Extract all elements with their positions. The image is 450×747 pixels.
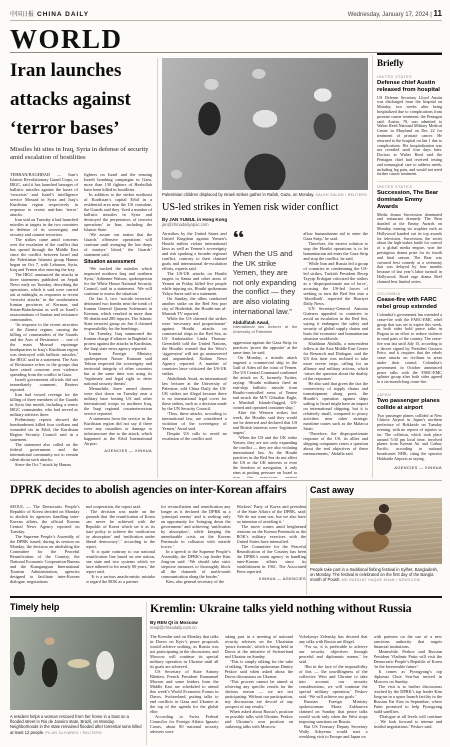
paragraph: The statement also called on the federal…	[10, 442, 78, 462]
photo-credit: SALEH SALEM / REUTERS	[316, 193, 367, 197]
kremlin-body-col2: taking part in a meeting of national sec…	[225, 634, 294, 744]
paragraph: Therefore, the easiest solution to stop …	[303, 241, 368, 261]
paragraph: The visit is to further discussions reac…	[374, 684, 443, 714]
paragraph: allow humanitarian aid to enter the Gaza…	[303, 231, 368, 241]
paragraph: Russian Foreign Ministry spokeswoman Mar…	[299, 699, 368, 724]
paragraph: ‘But in the face of the impossibility of…	[299, 664, 368, 699]
paragraph: The decision was made on the grounds tha…	[86, 509, 156, 549]
paragraph: On Jan 3, two ‘suicide terrorists’ deton…	[84, 296, 152, 331]
iran-article-headline: Iran launches attacks against ‘terror ba…	[10, 56, 156, 143]
paragraph: ‘It is quite contrary to our national re…	[86, 549, 156, 574]
paragraph: Airstrikes by the United States and Unit…	[162, 231, 227, 271]
iran-article-body: TEHRAN/BAGHDAD — Iran’s Islamic Revoluti…	[10, 172, 152, 478]
paragraph: TEHRAN/BAGHDAD — Iran’s Islamic Revoluti…	[10, 172, 78, 217]
paragraph: Kim, also general secretary of the	[161, 579, 231, 584]
inline-subhead: Situation assessment	[84, 259, 152, 265]
column-rule-right	[372, 55, 373, 478]
caption-text: Palestinian children displaced by Israel…	[162, 192, 316, 197]
column-rule-kremlin	[146, 602, 147, 745]
iran-article-standfirst: Missiles hit sites in Iraq, Syria in def…	[10, 146, 154, 162]
masthead-brand: 中国日报 CHINA DAILY	[10, 9, 89, 18]
paragraph: While Iran and Russia led a group of cou…	[303, 261, 368, 306]
paragraph: for reconciliation and reunification any…	[161, 504, 231, 549]
paragraph: The Supreme People’s Assembly of the DPR…	[10, 534, 80, 584]
dprk-body-col2: and cooperation, the report said.The dec…	[86, 504, 156, 595]
yemen-body-col2-text: aggression against the Gaza Strip, its p…	[233, 340, 298, 478]
newspaper-page: 中国日报 CHINA DAILY Wednesday, January 17, …	[0, 0, 450, 747]
mid-page-rule	[10, 480, 442, 481]
kremlin-body-col1: The Kremlin said on Monday that talks in…	[150, 634, 219, 744]
paragraph: On Tuesday, Iraq summoned the Iranian ch…	[84, 331, 152, 351]
section-title: WORLD	[10, 24, 123, 55]
paragraph: In addition to the strikes northeast of …	[84, 192, 152, 232]
paragraph: When asked about Russia’s position on po…	[225, 709, 294, 729]
briefly-region-label: JAPAN	[377, 393, 442, 397]
paragraph: Iran said on Tuesday it had launched mis…	[10, 217, 78, 237]
briefly-title: Briefly	[377, 58, 442, 68]
paragraph: Meanwhile, Peskov said Russian President…	[374, 649, 443, 669]
paragraph: Workers’ Party of Korea and president of…	[237, 504, 307, 524]
paragraph: Iran had vowed revenge for the killing o…	[10, 392, 78, 417]
briefly-item-title: Defense chief Austin released from hospi…	[377, 80, 442, 94]
paragraph: On Sunday, the allies conducted another …	[162, 296, 227, 316]
masthead-chinese: 中国日报	[10, 9, 34, 18]
paragraph: UN Secretary-General Antonio Guterres ap…	[303, 306, 368, 341]
briefly-credit: AGENCIES — XINHUA	[377, 465, 442, 470]
dprk-body-col4: Workers’ Party of Korea and president of…	[237, 504, 307, 595]
paragraph: Meanwhile, three armed drones were shot …	[84, 386, 152, 416]
pull-quote-text: When the US and the UK strike Yemen, the…	[233, 249, 298, 316]
bottom-section-rule	[10, 596, 442, 598]
paragraph: ‘It is a serious anachronistic mistake t…	[86, 574, 156, 584]
briefly-region-label: COLOMBIA	[377, 292, 442, 296]
paragraph: taking part in a meeting of national sec…	[225, 634, 294, 659]
column-rule-left	[157, 58, 158, 478]
iran-body-col2: fighters on Israel and the ensuing Israe…	[84, 172, 152, 478]
cast-away-title: Cast away	[310, 485, 354, 495]
briefly-item-body: Two passenger planes collided at New Chi…	[377, 414, 442, 462]
paragraph: Despite US calls to avoid an escalation …	[162, 431, 227, 441]
byline-email: jan@chinadailyapac.com	[162, 222, 227, 227]
photo-credit: PILAR OLIVARES / REUTERS	[45, 731, 101, 735]
paragraph: ‘This is simply talking for the sake of …	[225, 659, 294, 679]
agency-credit: AGENCIES — XINHUA	[84, 448, 152, 453]
paragraph: ‘Therefore, the disproportionate respons…	[303, 431, 368, 456]
paragraph: While the US claimed the strikes were ‘n…	[162, 316, 227, 376]
paragraph: ‘Thus, these attacks, according to inter…	[162, 411, 227, 431]
byline-email: renqi@chinadaily.com.cn	[150, 625, 198, 630]
briefly-items: UNITED STATESDefense chief Austin releas…	[377, 72, 442, 462]
yemen-article-headline: US-led strikes in Yemen risk wider confl…	[162, 202, 370, 214]
paragraph: ‘This process cannot be aimed at achievi…	[225, 679, 294, 709]
paragraph: ‘We tracked the missiles which impacted …	[84, 266, 152, 296]
kremlin-body-col3: Volodymyr Zelensky has decreed that any …	[299, 634, 368, 744]
timely-help-photo	[10, 617, 142, 710]
paragraph: Khaldoun Abdalla, a nonresident fellow a…	[303, 341, 368, 381]
dprk-article-body: SEOUL — The Democratic People’s Republic…	[10, 504, 306, 595]
dprk-body-col3: for reconciliation and reunification any…	[161, 504, 231, 595]
gaza-photo-caption: Palestinian children displaced by Israel…	[162, 192, 368, 198]
briefly-item-title: Succession, The Bear dominate Emmy Award…	[377, 190, 442, 210]
paragraph: On Monday, a missile attack targeted a c…	[233, 355, 298, 410]
paragraph: Israeli government officials did not imm…	[10, 377, 78, 392]
kremlin-byline: By REN QI in Moscow renqi@chinadaily.com…	[150, 620, 198, 630]
yemen-body-col2: “ When the US and the UK strike Yemen, t…	[233, 231, 298, 478]
briefly-region-label: UNITED STATES	[377, 75, 442, 79]
briefly-item: COLOMBIACease-fire with FARC rebel group…	[377, 288, 442, 385]
paragraph: SEOUL — The Democratic People’s Republic…	[10, 504, 80, 534]
paragraph: In a speech to the Supreme People’s Asse…	[161, 549, 231, 579]
masthead: 中国日报 CHINA DAILY Wednesday, January 17, …	[10, 7, 442, 18]
briefly-region-label: UNITED STATES	[377, 185, 442, 189]
column-rule-castaway	[306, 486, 307, 595]
paragraph: Preliminary reports showed the bombardme…	[10, 417, 78, 442]
paragraph: The move comes amid heightened tensions …	[237, 524, 307, 544]
iran-body-col1: TEHRAN/BAGHDAD — Iran’s Islamic Revoluti…	[10, 172, 78, 478]
yemen-byline: By JAN YUMUL in Hong Kong jan@chinadaily…	[162, 217, 227, 227]
paragraph: Iranian Foreign Ministry spokesperson Na…	[84, 351, 152, 386]
kremlin-article-headline: Kremlin: Ukraine talks yield nothing wit…	[150, 601, 442, 616]
masthead-rule	[10, 20, 442, 21]
paragraph: After the Western strikes last week, the…	[233, 410, 298, 435]
cast-away-photo	[310, 498, 442, 564]
paragraph: A statement from the service in the Kurd…	[84, 416, 152, 446]
briefly-item-body: Media drama Succession dominated and res…	[377, 213, 442, 285]
paragraph: ‘For us, it is preferable to achieve our…	[299, 644, 368, 664]
date-page-separator: |	[430, 12, 432, 18]
paragraph: aggression against the Gaza Strip, its p…	[233, 340, 298, 355]
dprk-article-headline: DPRK decides to abolish agencies on inte…	[10, 484, 306, 496]
paragraph: US Secretary of State Antony Blinken, Fr…	[150, 669, 219, 714]
paragraph: According to Swiss Federal Councilor for…	[150, 714, 219, 734]
masthead-logo-text: CHINA DAILY	[37, 11, 89, 18]
paragraph: fighters on Israel and the ensuing Israe…	[84, 172, 152, 192]
page-number: 11	[434, 9, 442, 18]
paragraph: ‘Dialogue at all levels will continue … …	[374, 714, 443, 729]
paragraph: The Kremlin said on Monday that talks in…	[150, 634, 219, 669]
paragraph: But US Treasury Deputy Secretary Wally A…	[299, 724, 368, 739]
paragraph: The Committee for the Peaceful Reunifica…	[237, 544, 307, 574]
briefly-item-title: Two passenger planes collide at airport	[377, 398, 442, 412]
paragraph: ‘When the US and the UK strike Yemen, th…	[233, 435, 298, 478]
paragraph: The US-UK attacks on Houthi targets in S…	[162, 271, 227, 296]
yemen-article-body: Airstrikes by the United States and Unit…	[162, 231, 368, 478]
paragraph: He also said that given the fact the con…	[303, 381, 368, 431]
paragraph: The IRGC announced the attacks in three …	[10, 272, 78, 322]
issue-date: Wednesday, January 17, 2024	[348, 12, 429, 18]
agency-credit: XINHUA — AGENCIES	[237, 576, 307, 581]
cast-away-caption: People take part in a traditional fishin…	[310, 567, 442, 584]
paragraph: The strikes came amid concerns over the …	[10, 237, 78, 272]
timely-help-caption: A resident helps a woman rescued from he…	[10, 714, 142, 736]
photo-credit: MD RAFAYAT HAQUE KHAN / NEWSCOM	[342, 578, 420, 582]
kremlin-body-col4: with partners on the use of a new sancti…	[374, 634, 443, 744]
pull-quote-mark: “	[233, 231, 298, 247]
pull-quote-attribution-role: international law lecturer at the Univer…	[233, 325, 298, 335]
masthead-dateline: Wednesday, January 17, 2024 | 11	[348, 9, 442, 18]
briefly-column: Briefly UNITED STATESDefense chief Austi…	[377, 53, 442, 479]
dprk-body-col1: SEOUL — The Democratic People’s Republic…	[10, 504, 80, 595]
timely-help-title: Timely help	[10, 602, 59, 612]
briefly-item-body: Colombia’s government has extended a cea…	[377, 313, 442, 385]
briefly-item-title: Cease-fire with FARC rebel group extende…	[377, 297, 442, 311]
paragraph: ‘We assure our nation that the Guards’ o…	[84, 232, 152, 257]
kremlin-article-body: The Kremlin said on Monday that talks in…	[150, 634, 442, 744]
yemen-body-col1: Airstrikes by the United States and Unit…	[162, 231, 227, 478]
paragraph: ‘In response to the recent atrocities of…	[10, 322, 78, 377]
paragraph: Since the Oct 7 attack by Hamas	[10, 462, 78, 467]
briefly-item: UNITED STATESSuccession, The Bear domina…	[377, 181, 442, 284]
briefly-item-body: US Defense Secretary Lloyd Austin was di…	[377, 96, 442, 178]
gaza-children-photo	[162, 58, 368, 190]
briefly-item: JAPANTwo passenger planes collide at air…	[377, 389, 442, 462]
briefly-item: UNITED STATESDefense chief Austin releas…	[377, 72, 442, 177]
paragraph: It comes as Pyongyang’s top diplomat Cho…	[374, 669, 443, 684]
paragraph: with partners on the use of a new sancti…	[374, 634, 443, 649]
paragraph: Volodymyr Zelensky has decreed that any …	[299, 634, 368, 644]
paragraph: Abdulfatah Awad, an international law le…	[162, 376, 227, 411]
yemen-body-col3: allow humanitarian aid to enter the Gaza…	[303, 231, 368, 478]
